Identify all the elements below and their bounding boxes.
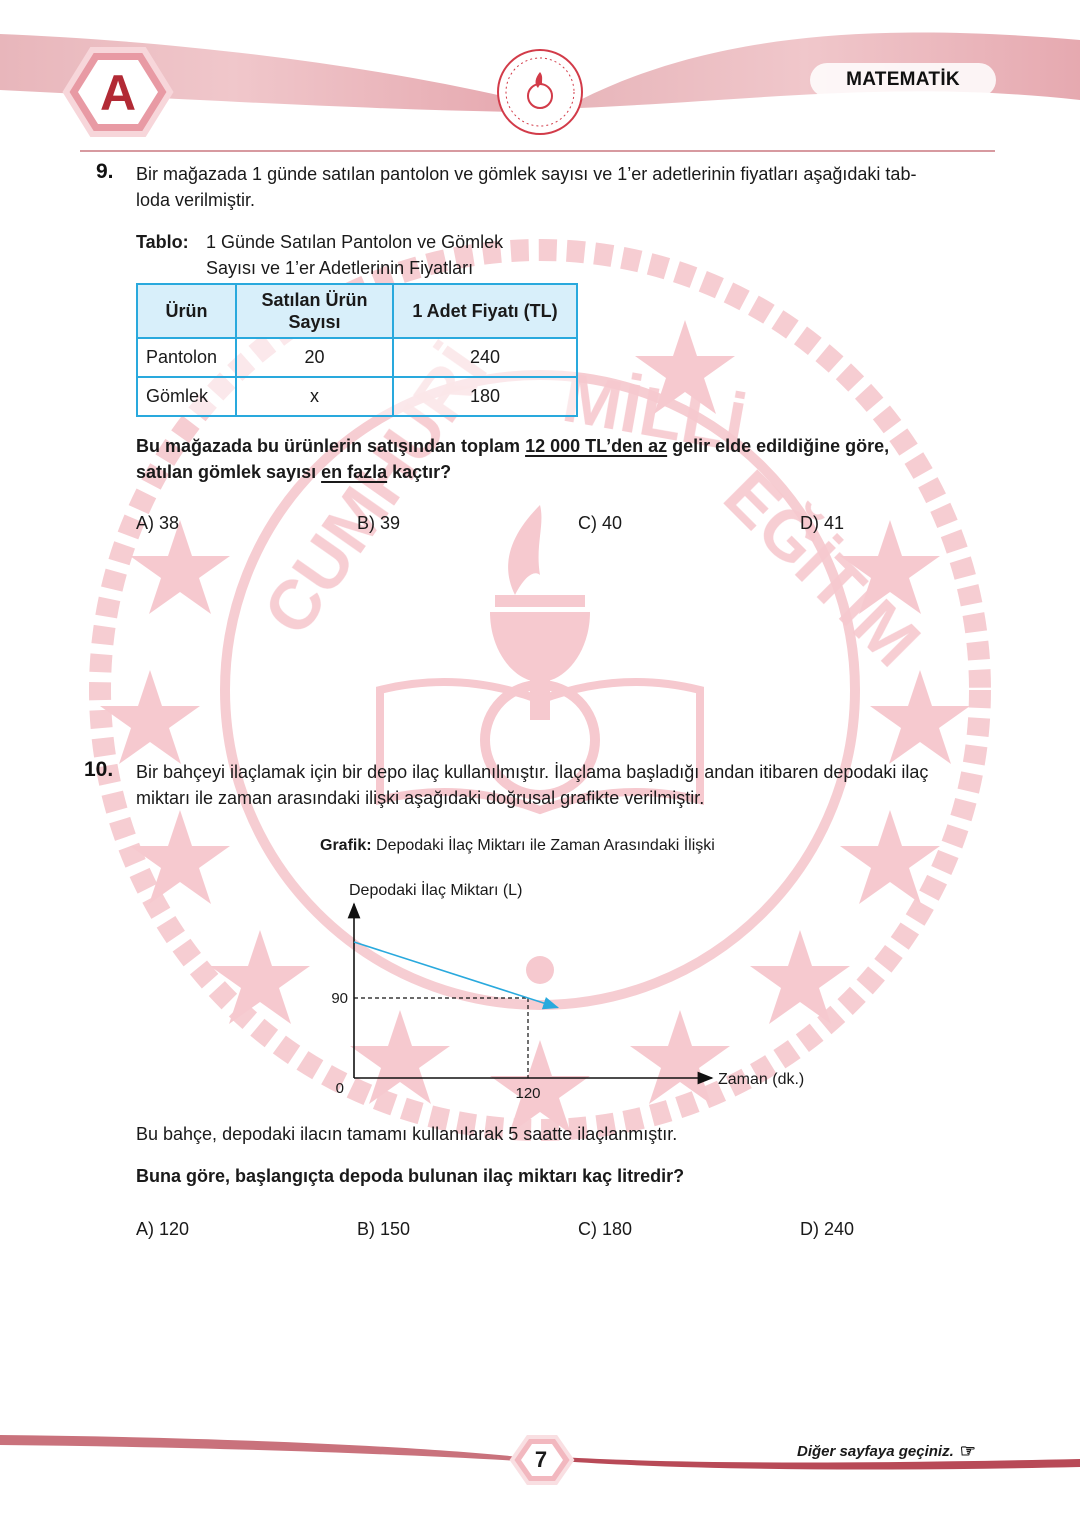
svg-text:Depodaki İlaç Miktarı (L): Depodaki İlaç Miktarı (L) [349, 880, 522, 899]
svg-text:0: 0 [336, 1080, 344, 1097]
choice-c[interactable]: C) 180 [578, 1219, 632, 1240]
drug-amount-graph: Depodaki İlaç Miktarı (L)Zaman (dk.)0120… [300, 870, 860, 1110]
question-10-stem-line1: Bir bahçeyi ilaçlamak için bir depo ilaç… [136, 759, 1016, 785]
choice-a[interactable]: A) 38 [136, 513, 179, 534]
question-9-stem: Bir mağazada 1 günde satılan pantolon ve… [136, 161, 916, 213]
question-9-choices: A) 38 B) 39 C) 40 D) 41 [136, 513, 996, 539]
question-10-prompt: Buna göre, başlangıçta depoda bulunan il… [136, 1163, 684, 1189]
question-9-stem-line1: Bir mağazada 1 günde satılan pantolon ve… [136, 161, 916, 187]
page-number: 7 [520, 1440, 562, 1480]
table-header-price: 1 Adet Fiyatı (TL) [393, 284, 577, 338]
table-row: Pantolon 20 240 [137, 338, 577, 377]
choice-b[interactable]: B) 150 [357, 1219, 410, 1240]
page-content: 9. Bir mağazada 1 günde satılan pantolon… [0, 0, 1080, 1522]
next-page-note: Diğer sayfaya geçiniz. ☞ [797, 1441, 976, 1462]
choice-d[interactable]: D) 240 [800, 1219, 854, 1240]
table-caption: Tablo:1 Günde Satılan Pantolon ve Gömlek… [136, 229, 503, 281]
table-header-product: Ürün [137, 284, 236, 338]
graph-title: Grafik: Depodaki İlaç Miktarı ile Zaman … [320, 837, 715, 855]
table-caption-label: Tablo: [136, 229, 206, 255]
table-header-count: Satılan ÜrünSayısı [236, 284, 393, 338]
emphasis-less-than: 12 000 TL’den az [525, 436, 667, 456]
choice-c[interactable]: C) 40 [578, 513, 622, 534]
question-10-stem-line2: miktarı ile zaman arasındaki ilişki aşağ… [136, 785, 1016, 811]
table-caption-line2: Sayısı ve 1’er Adetlerinin Fiyatları [136, 255, 503, 281]
svg-text:120: 120 [515, 1085, 540, 1102]
question-10-info: Bu bahçe, depodaki ilacın tamamı kullanı… [136, 1121, 677, 1147]
question-9-prompt: Bu mağazada bu ürünlerin satışından topl… [136, 433, 996, 485]
question-9-number: 9. [96, 160, 114, 184]
table-caption-line1: 1 Günde Satılan Pantolon ve Gömlek [206, 232, 503, 252]
pointing-hand-icon: ☞ [960, 1441, 976, 1462]
choice-a[interactable]: A) 120 [136, 1219, 189, 1240]
question-10-number: 10. [84, 758, 113, 782]
svg-text:Zaman (dk.): Zaman (dk.) [718, 1071, 804, 1088]
choice-d[interactable]: D) 41 [800, 513, 844, 534]
question-10-choices: A) 120 B) 150 C) 180 D) 240 [136, 1219, 996, 1245]
question-9-stem-line2: loda verilmiştir. [136, 187, 916, 213]
sales-table: Ürün Satılan ÜrünSayısı 1 Adet Fiyatı (T… [136, 283, 578, 417]
choice-b[interactable]: B) 39 [357, 513, 400, 534]
table-row: Gömlek x 180 [137, 377, 577, 416]
question-10-stem: Bir bahçeyi ilaçlamak için bir depo ilaç… [136, 759, 1016, 811]
emphasis-at-most: en fazla [321, 462, 387, 482]
svg-text:90: 90 [331, 990, 348, 1007]
